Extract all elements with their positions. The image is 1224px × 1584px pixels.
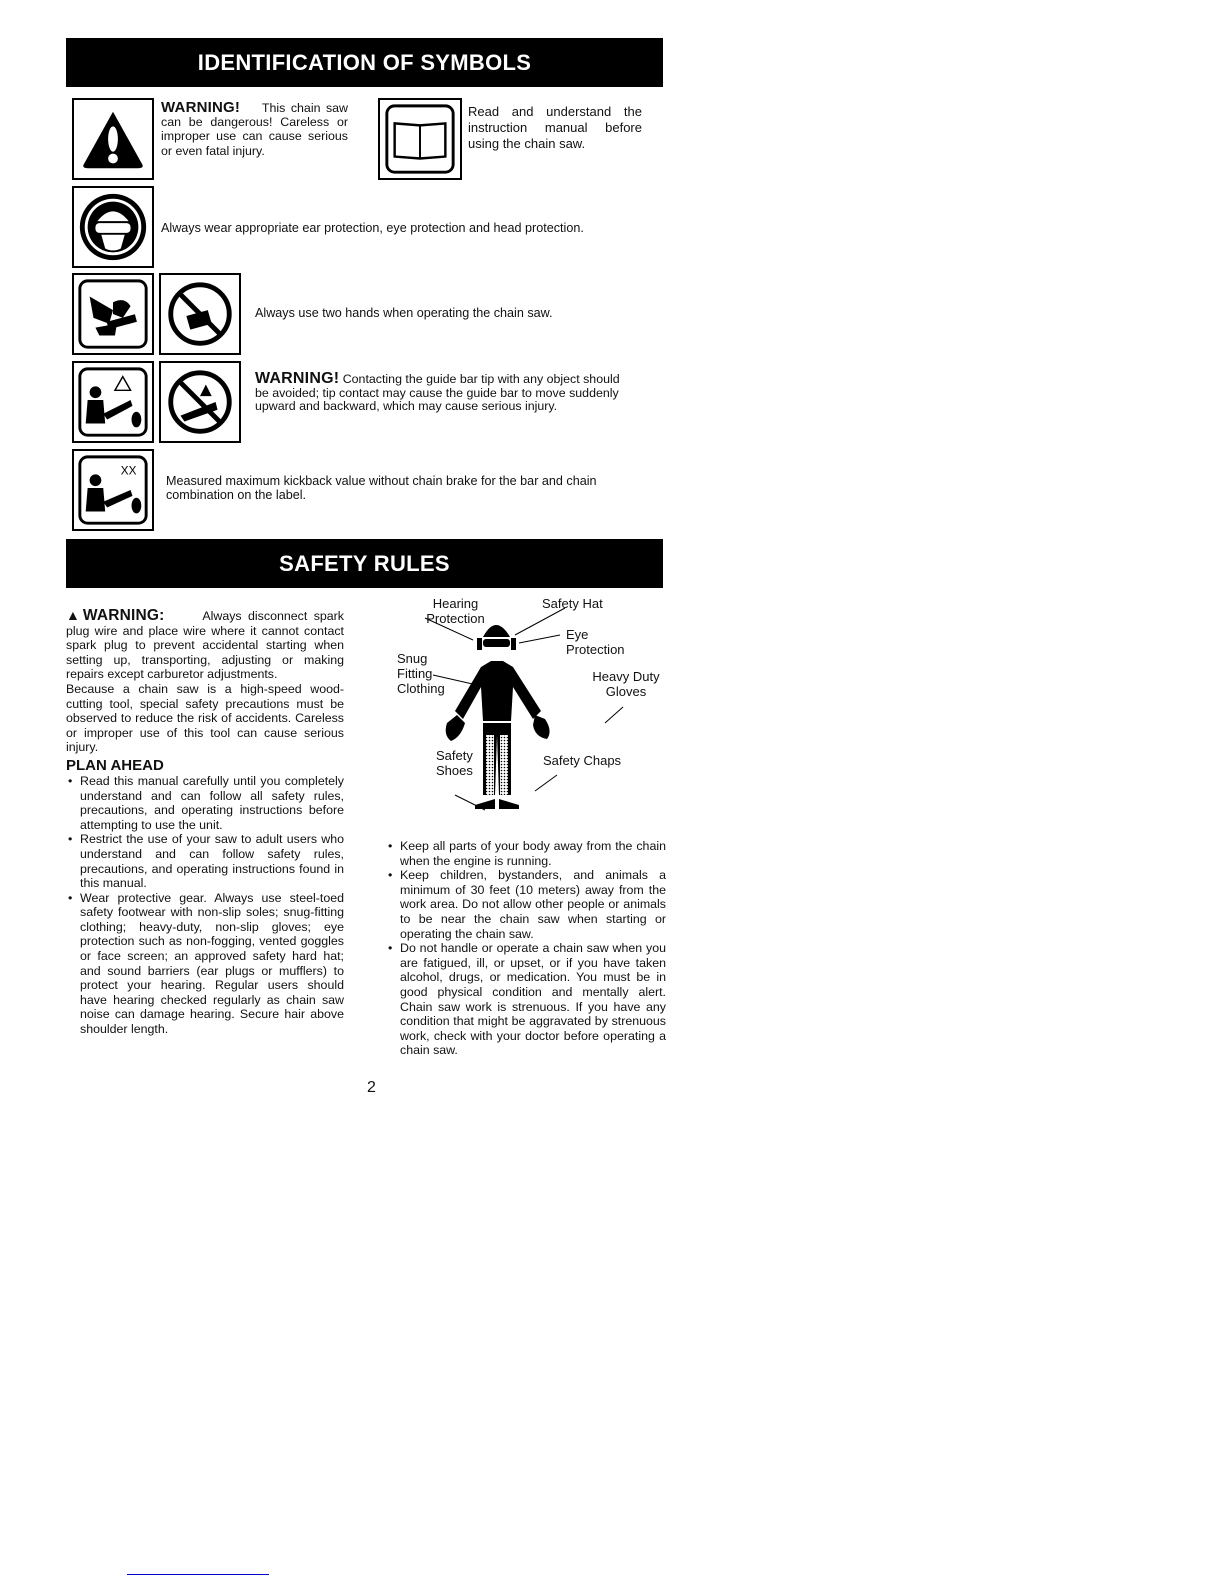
label-eye-protection: Eye Protection <box>566 627 636 657</box>
kickback-icon <box>72 361 154 443</box>
list-item: Keep all parts of your body away from th… <box>386 839 666 868</box>
list-item: Wear protective gear. Always use steel-t… <box>66 891 344 1037</box>
warning-triangle-icon: ▲ <box>66 607 83 623</box>
page-number: 2 <box>367 1079 376 1097</box>
no-one-hand-icon <box>159 273 241 355</box>
svg-text:XX: XX <box>121 464 137 477</box>
symbol-warning-description: WARNING! This chain saw can be dangerous… <box>161 101 348 158</box>
label-safety-shoes: Safety Shoes <box>436 748 482 778</box>
label-safety-chaps: Safety Chaps <box>543 753 621 768</box>
safety-rules-section-title: SAFETY RULES <box>66 539 663 588</box>
safety-right-column: Keep all parts of your body away from th… <box>386 839 666 1058</box>
warning-heading: WARNING! <box>255 370 339 387</box>
warning-paragraph: ▲WARNING: Always disconnect spark plug w… <box>66 608 344 682</box>
symbol-head-protection-description: Always wear appropriate ear protection, … <box>161 221 641 235</box>
symbol-kickback-value-description: Measured maximum kickback value without … <box>166 474 606 502</box>
no-tip-contact-icon <box>159 361 241 443</box>
symbol-manual-description: Read and understand the instruction manu… <box>468 104 642 152</box>
list-item: Restrict the use of your saw to adult us… <box>66 832 344 890</box>
two-hands-icon <box>72 273 154 355</box>
symbol-two-hands-description: Always use two hands when operating the … <box>255 306 655 320</box>
symbols-section-title: IDENTIFICATION OF SYMBOLS <box>66 38 663 87</box>
label-safety-hat: Safety Hat <box>542 596 603 611</box>
symbol-kickback-description: WARNING! Contacting the guide bar tip wi… <box>255 372 635 414</box>
plan-ahead-list: Read this manual carefully until you com… <box>66 774 344 1037</box>
label-snug-fitting-clothing: Snug Fitting Clothing <box>397 651 457 696</box>
list-item: Read this manual carefully until you com… <box>66 774 344 832</box>
kickback-value-icon: XX <box>72 449 154 531</box>
manual-book-icon <box>378 98 462 180</box>
list-item: Do not handle or operate a chain saw whe… <box>386 941 666 1058</box>
warning-triangle-icon <box>72 98 154 180</box>
label-hearing-protection: Hearing Protection <box>418 596 493 626</box>
head-protection-icon <box>72 186 154 268</box>
warning-heading: WARNING! <box>161 99 240 116</box>
safety-rules-list: Keep all parts of your body away from th… <box>386 839 666 1058</box>
safety-left-column: ▲WARNING: Always disconnect spark plug w… <box>66 608 344 1037</box>
footer-link-underline <box>127 1574 269 1575</box>
intro-paragraph: Because a chain saw is a high-speed wood… <box>66 682 344 755</box>
label-heavy-duty-gloves: Heavy Duty Gloves <box>586 669 666 699</box>
plan-ahead-heading: PLAN AHEAD <box>66 757 344 774</box>
list-item: Keep children, bystanders, and animals a… <box>386 868 666 941</box>
